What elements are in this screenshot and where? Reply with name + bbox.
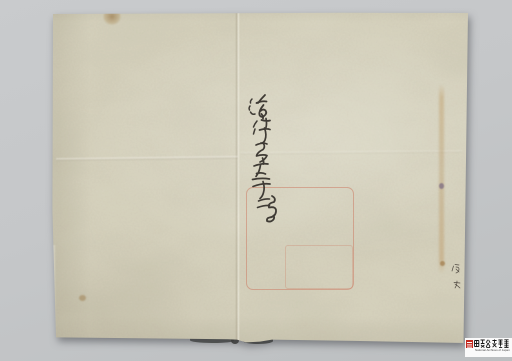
archive-name-english: National Archives of Japan (475, 349, 490, 352)
paper-sheet-wrap (0, 0, 512, 361)
calligraphy-title (0, 0, 512, 361)
archive-watermark: National Archives of Japan (465, 338, 512, 357)
archive-logo-icon (466, 340, 473, 348)
side-annotation (452, 265, 460, 289)
paper-sheet (0, 0, 512, 361)
archive-name-kanji (474, 339, 510, 349)
scanned-document-view: National Archives of Japan (0, 0, 512, 361)
